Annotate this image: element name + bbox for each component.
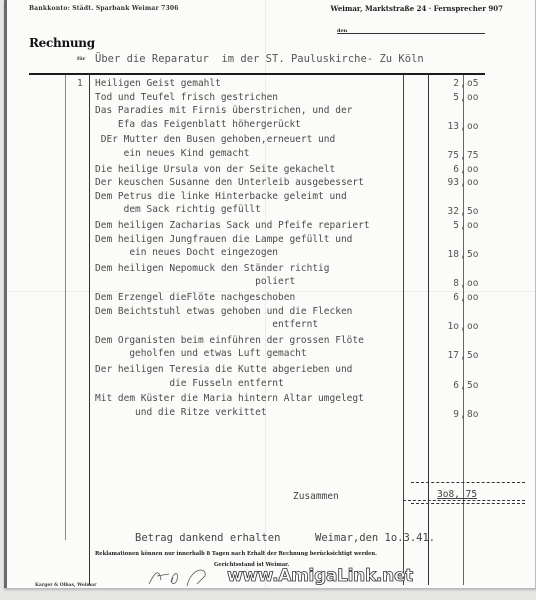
line-item-amount: 32,5o (437, 206, 527, 217)
line-item-description: Die heilige Ursula von der Seite gekache… (95, 163, 405, 177)
line-item-description: Dem Beichtstuhl etwas gehoben und die Fl… (95, 305, 405, 332)
printer-imprint: Karger & Olbas, Weimar (35, 583, 96, 588)
line-item-description: Tod und Teufel frisch gestrichen (95, 91, 405, 105)
line-item-description: Mit dem Küster die Maria hintern Altar u… (95, 392, 405, 419)
watermark: www.AmigaLink.net (227, 566, 413, 586)
line-item-amount: 17,5o (437, 350, 527, 361)
column-divider (65, 75, 66, 540)
line-item-description: Dem heiligen Nepomuck den Ständer richti… (95, 262, 405, 289)
total-amount: 3o8, 75 (437, 489, 477, 500)
line-item-description: Dem heiligen Jungfrauen die Lampe gefüll… (95, 233, 405, 260)
line-item-description: Das Paradies mit Firnis überstrichen, un… (95, 104, 405, 131)
table-top-rule (29, 73, 485, 75)
total-rule (403, 500, 525, 501)
document-title: Rechnung (29, 36, 95, 50)
line-item-description: Dem Erzengel dieFlöte nachgeschoben (95, 291, 405, 305)
line-item-amount: 18,5o (437, 249, 527, 260)
line-item-amount: 75,75 (437, 150, 527, 161)
line-item-amount: 5,oo (437, 92, 527, 103)
line-item-amount: 13,oo (437, 121, 527, 132)
line-item-description: DEr Mutter den Busen gehoben,erneuert un… (95, 133, 405, 160)
line-item-amount: 6,5o (437, 380, 527, 391)
complaints-note: Reklamationen können nur innerhalb 8 Tag… (95, 551, 377, 557)
line-item-description: Heiligen Geist gemahlt (95, 77, 405, 91)
position-number: 1 (77, 78, 83, 89)
column-divider (428, 75, 429, 585)
invoice-document: Bankkonto: Städt. Sparbank Weimar 7306 W… (4, 0, 536, 588)
signature (147, 562, 237, 588)
line-item-amount: 5,oo (437, 220, 527, 231)
total-rule-double (411, 503, 525, 504)
line-item-amount: 93,oo (437, 177, 527, 188)
line-item-description: Dem Organisten beim einführen der grosse… (95, 334, 405, 361)
line-item-amount: 6,oo (437, 164, 527, 175)
column-divider (89, 75, 90, 585)
invoice-subject: Über die Reparatur im der ST. Pauluskirc… (95, 53, 424, 65)
line-item-amount: 8,oo (437, 278, 527, 289)
line-item-description: Dem Petrus die linke Hinterbacke geleimt… (95, 190, 405, 217)
line-item-amount: 1o,oo (437, 321, 527, 332)
line-item-description: Der keuschen Susanne den Unterleib ausge… (95, 176, 405, 190)
line-item-description: Dem heiligen Zacharias Sack und Pfeife r… (95, 219, 405, 233)
line-item-amount: 6,oo (437, 292, 527, 303)
subtotal-rule (411, 482, 525, 483)
place-date: Weimar,den 1o.3.41. (315, 532, 435, 544)
for-label: für (77, 56, 85, 62)
line-item-description: Der heiligen Teresia die Kutte abgeriebe… (95, 363, 405, 390)
date-line (337, 33, 485, 34)
line-item-amount: 2,o5 (437, 78, 527, 89)
bank-account: Bankkonto: Städt. Sparbank Weimar 7306 (29, 5, 179, 12)
line-item-amount: 9,8o (437, 409, 527, 420)
payment-received: Betrag dankend erhalten (135, 532, 280, 544)
letterhead-address: Weimar, Marktstraße 24 · Fernsprecher 90… (331, 4, 503, 13)
total-label: Zusammen (293, 491, 339, 502)
